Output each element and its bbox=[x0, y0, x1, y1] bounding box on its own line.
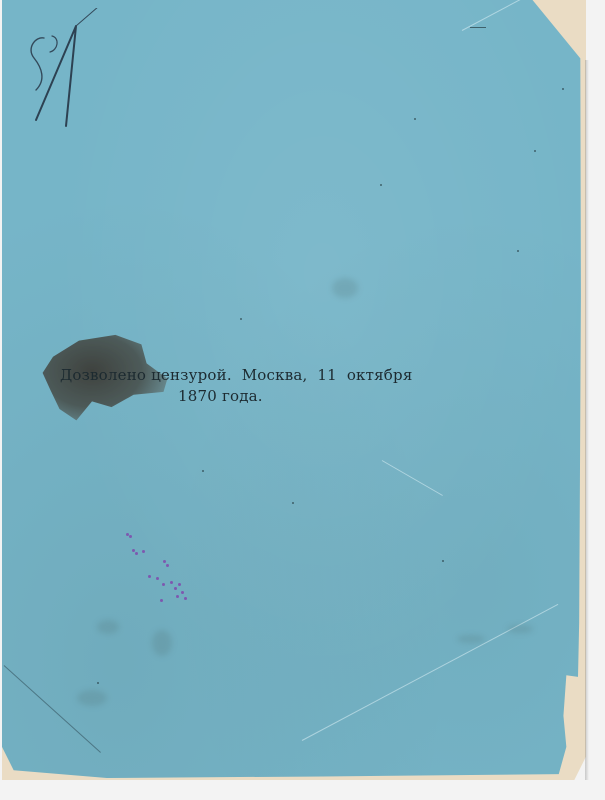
purple-stamp-residue bbox=[118, 525, 198, 615]
speck bbox=[470, 27, 486, 28]
stain bbox=[332, 278, 358, 298]
speck bbox=[380, 184, 382, 186]
speck bbox=[240, 318, 242, 320]
stain bbox=[507, 625, 533, 633]
speck bbox=[97, 682, 99, 684]
speck bbox=[202, 470, 204, 472]
speck bbox=[562, 88, 564, 90]
stain bbox=[97, 620, 119, 634]
stain bbox=[77, 690, 107, 706]
speck bbox=[292, 502, 294, 504]
speck bbox=[517, 250, 519, 252]
imprint-line-2: 1870 года. bbox=[178, 387, 263, 405]
crease-bottom-left bbox=[4, 665, 101, 753]
stain bbox=[152, 630, 172, 656]
pencil-handwriting bbox=[14, 8, 114, 133]
speck bbox=[534, 150, 536, 152]
crease-diagonal bbox=[382, 460, 443, 496]
imprint-line-1: Дозволено цензурой. Москва, 11 октября bbox=[60, 366, 413, 384]
speck bbox=[414, 118, 416, 120]
speck bbox=[442, 560, 444, 562]
stain bbox=[457, 635, 485, 643]
scanned-page: Дозволено цензурой. Москва, 11 октября 1… bbox=[0, 0, 605, 800]
page-edge-shadow bbox=[585, 60, 589, 780]
